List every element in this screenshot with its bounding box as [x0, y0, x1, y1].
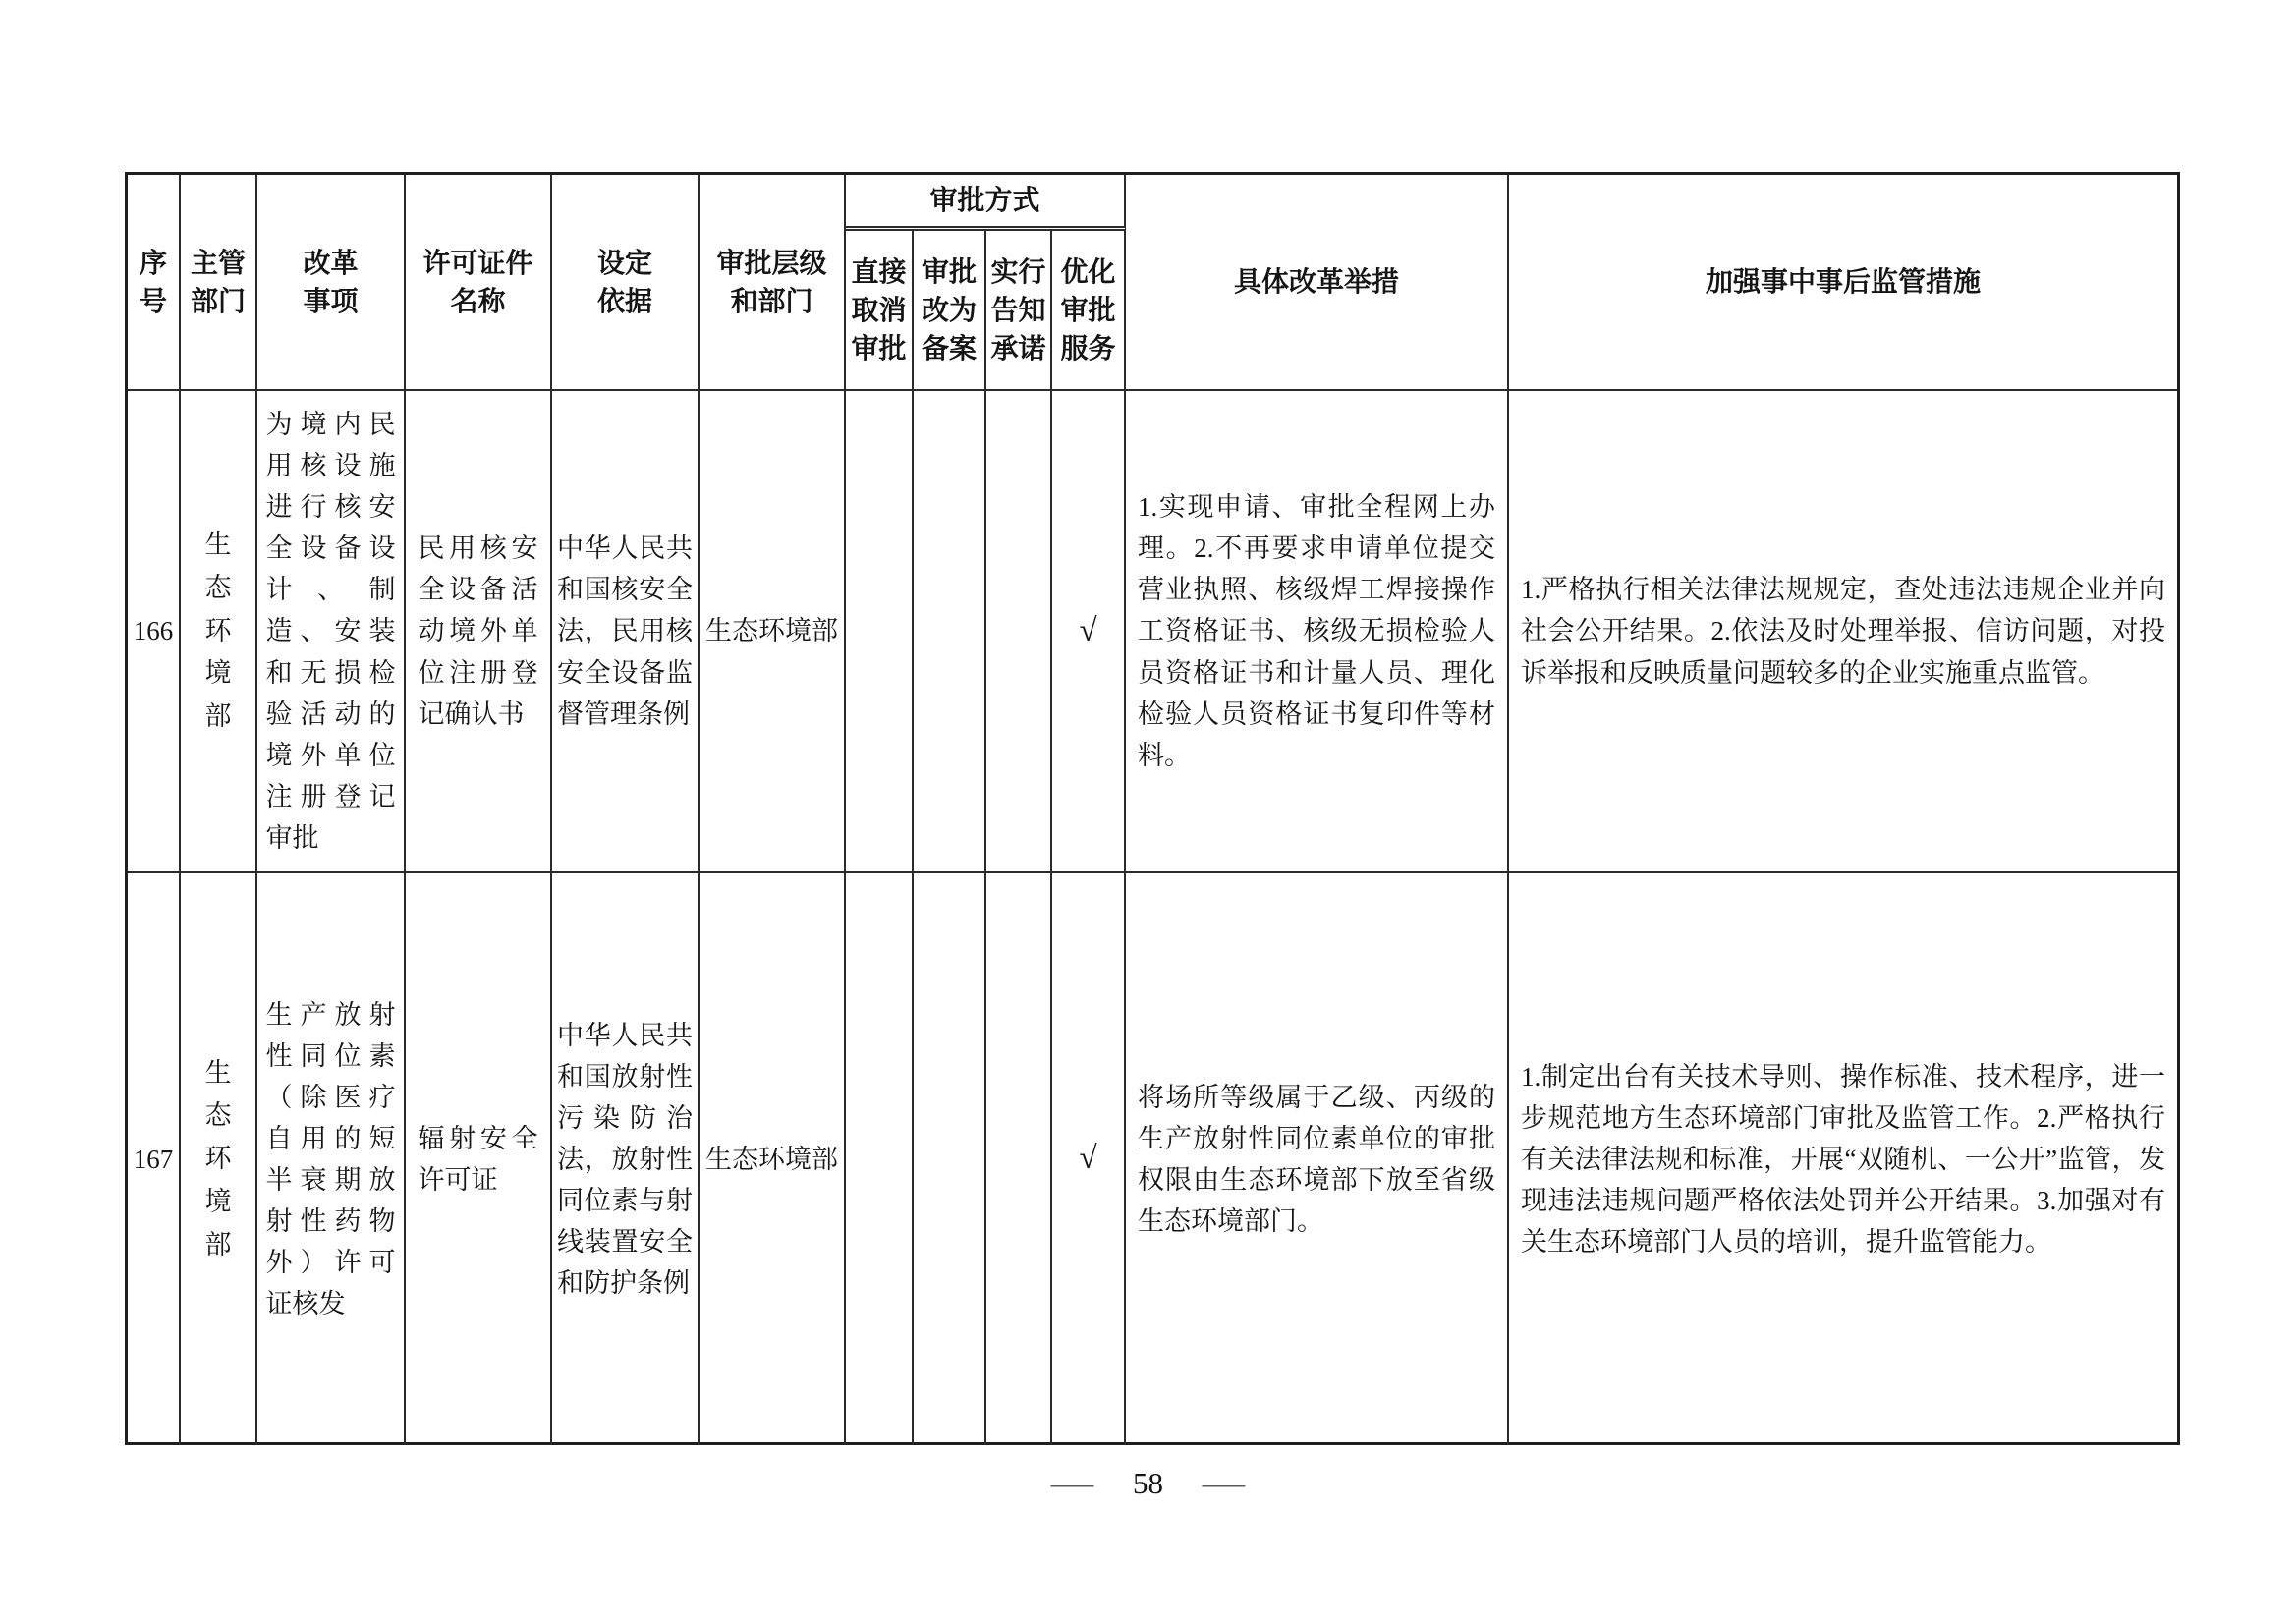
- col-header-notify-commit: 实行告知承诺: [986, 231, 1052, 391]
- table-row-167-notify-commit: [986, 873, 1052, 1445]
- table-row-167-supervision-measures: 1.制定出台有关技术导则、操作标准、技术程序，进一步规范地方生态环境部门审批及监…: [1509, 873, 2177, 1445]
- col-header-optimize-service: 优化审批服务: [1052, 231, 1126, 391]
- col-header-approval-method: 审批方式: [846, 175, 1126, 231]
- table-row-166-reform-measures: 1.实现申请、审批全程网上办理。2.不再要求申请单位提交营业执照、核级焊工焊接操…: [1126, 391, 1509, 873]
- col-header-reform-measures: 具体改革举措: [1126, 175, 1509, 391]
- table-row-166-to-filing: [914, 391, 986, 873]
- page-number: 58: [1133, 1466, 1163, 1501]
- table-row-167-license-name: 辐射安全许可证: [406, 873, 552, 1445]
- table-row-167-reform-measures: 将场所等级属于乙级、丙级的生产放射性同位素单位的审批权限由生态环境部下放至省级生…: [1126, 873, 1509, 1445]
- col-header-approval-level: 审批层级和部门: [700, 175, 846, 391]
- col-header-license-name: 许可证件名称: [406, 175, 552, 391]
- table-row-167-reform-item: 生产放射性同位素（除医疗自用的短半衰期放射性药物外）许可证核发: [257, 873, 406, 1445]
- table-row-166-direct-cancel: [846, 391, 914, 873]
- page-footer: — 58 —: [0, 1466, 2296, 1501]
- table-row-166-department: 生态环境部: [181, 391, 257, 873]
- footer-dash-right: —: [1203, 1466, 1245, 1501]
- table-row-167-direct-cancel: [846, 873, 914, 1445]
- col-header-direct-cancel: 直接取消审批: [846, 231, 914, 391]
- table-row-166-license-name: 民用核安全设备活动境外单位注册登记确认书: [406, 391, 552, 873]
- table-row-166-optimize-checkmark: √: [1052, 391, 1126, 873]
- table-row-166-reform-item: 为境内民用核设施进行核安全设备设计、制造、安装和无损检验活动的境外单位注册登记审…: [257, 391, 406, 873]
- approval-reform-table: 序号 主管部门 改革事项 许可证件名称 设定依据 审批层级和部门 审批方式 直接…: [125, 172, 2180, 1445]
- document-page: 序号 主管部门 改革事项 许可证件名称 设定依据 审批层级和部门 审批方式 直接…: [0, 0, 2296, 1624]
- table-row-167-optimize-checkmark: √: [1052, 873, 1126, 1445]
- table-row-166-setting-basis: 中华人民共和国核安全法，民用核安全设备监督管理条例: [552, 391, 700, 873]
- table-row-166-serial: 166: [128, 391, 181, 873]
- table-row-167-department: 生态环境部: [181, 873, 257, 1445]
- table-row-167-serial: 167: [128, 873, 181, 1445]
- table-row-167-approval-level: 生态环境部: [700, 873, 846, 1445]
- table-row-167-to-filing: [914, 873, 986, 1445]
- col-header-supervision-measures: 加强事中事后监管措施: [1509, 175, 2177, 391]
- table-row-166-notify-commit: [986, 391, 1052, 873]
- col-header-setting-basis: 设定依据: [552, 175, 700, 391]
- table-row-167-setting-basis: 中华人民共和国放射性污染防治法，放射性同位素与射线装置安全和防护条例: [552, 873, 700, 1445]
- table-row-166-supervision-measures: 1.严格执行相关法律法规规定，查处违法违规企业并向社会公开结果。2.依法及时处理…: [1509, 391, 2177, 873]
- footer-dash-left: —: [1051, 1466, 1093, 1501]
- col-header-serial: 序号: [128, 175, 181, 391]
- col-header-to-filing: 审批改为备案: [914, 231, 986, 391]
- table-row-166-approval-level: 生态环境部: [700, 391, 846, 873]
- col-header-department: 主管部门: [181, 175, 257, 391]
- col-header-reform-item: 改革事项: [257, 175, 406, 391]
